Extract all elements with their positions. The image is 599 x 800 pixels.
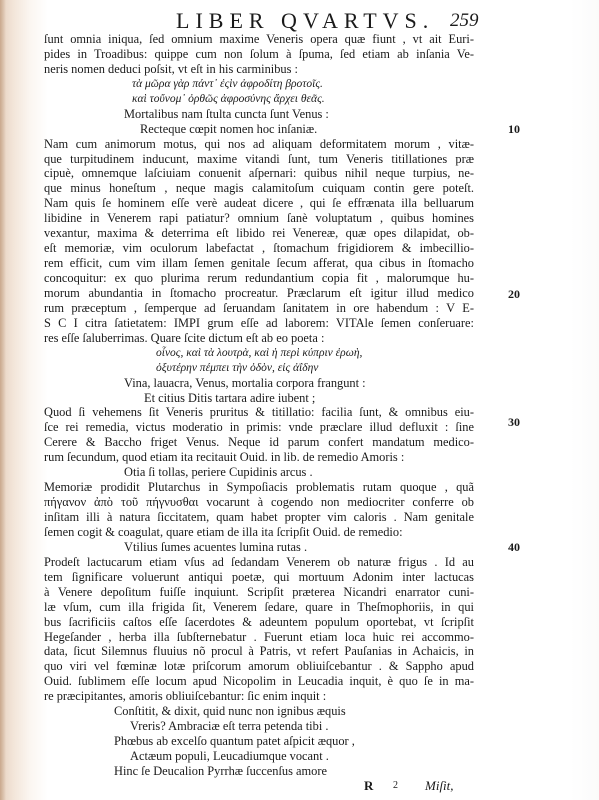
- verse-line: Conſtitit, & dixit, quid nunc non ignibu…: [44, 704, 474, 719]
- prose-line: concoquitur: ex quo plurima rerum redund…: [44, 271, 474, 286]
- verse-line: Recteque cœpit nomen hoc inſaniæ.: [44, 122, 474, 137]
- verse-line: Vtilius ſumes acuentes lumina rutas .: [44, 540, 474, 555]
- prose-line: Nam quis ſe hominem eſſe verè audeat dic…: [44, 196, 474, 211]
- prose-line: rem efficit, cum vim illam ſemen genital…: [44, 256, 474, 271]
- margin-line-number: 10: [508, 122, 520, 137]
- prose-line: πήγανον ἀπὸ τοῦ πήγνυσθαι vocarunt à cog…: [44, 495, 474, 510]
- prose-line: ſemen cogit & coagulat, quare etiam de i…: [44, 525, 474, 540]
- verse-line: Phœbus ab excelſo quantum patet aſpicit …: [44, 734, 474, 749]
- verse-line: Mortalibus nam ſtulta cuncta ſunt Venus …: [44, 107, 474, 122]
- prose-line: bus ſacrificiis caſtos eſſe ſacerdotes &…: [44, 615, 474, 630]
- prose-line: que minus honeſtum , neque magis calamit…: [44, 181, 474, 196]
- prose-line: Nam cum animorum motus, qui nos ad aliqu…: [44, 137, 474, 152]
- prose-line: Memoriæ prodidit Plutarchus in Sympoſiac…: [44, 480, 474, 495]
- greek-verse-line: τὰ μῶρα γὰρ πάντ᾽ ἐςὶν ἀφροδίτη βροτοῖς.: [44, 77, 474, 92]
- prose-line: vexantur, maxima & deterrima eſt libido …: [44, 226, 474, 241]
- main-text-block: ſunt omnia iniqua, ſed omnium maxime Ven…: [44, 32, 474, 779]
- prose-line: tem ſignificare voluerunt antiqui poetæ,…: [44, 570, 474, 585]
- prose-line: neris nomen deduci poſsit, vt eſt in his…: [44, 62, 474, 77]
- margin-line-number: 20: [508, 287, 520, 302]
- footer-catchline: R 2 Miſit,: [0, 778, 599, 794]
- page-number: 259: [450, 10, 479, 32]
- prose-line: ſunt omnia iniqua, ſed omnium maxime Ven…: [44, 32, 474, 47]
- verse-line: Hinc ſe Deucalion Pyrrhæ ſuccenſus amore: [44, 764, 474, 779]
- prose-line: pides in Troadibus: quippe cum non ſolum…: [44, 47, 474, 62]
- greek-verse-line: ὀξυτέρην πέμπει τὴν ὁδὸν, εἰς ἀΐδην: [44, 361, 474, 376]
- margin-line-number: 40: [508, 540, 520, 555]
- greek-verse-line: οἶνος, καὶ τὰ λουτρὰ, καὶ ἡ περὶ κύπριν …: [44, 346, 474, 361]
- prose-line: libidine in Venerem rapi patiatur? omniu…: [44, 211, 474, 226]
- prose-line: S C I citra ſatietatem: IMPI grum eſſe a…: [44, 316, 474, 331]
- prose-line: rum præceptum , ſemperque ad ſeruandam ſ…: [44, 301, 474, 316]
- prose-line: re præcipitantes, amoris obliuiſcebantur…: [44, 689, 474, 704]
- prose-line: quo viri vel fœminæ lotæ priſcorum amoru…: [44, 659, 474, 674]
- verse-line: Actæum populi, Leucadiumque vocant .: [44, 749, 474, 764]
- prose-line: Prodeſt lactucarum etiam vſus ad ſedanda…: [44, 555, 474, 570]
- greek-verse-line: καὶ τοὔνομ᾽ ὀρθῶς ἀφροσύνης ἄρχει θεᾶς.: [44, 92, 474, 107]
- margin-line-number: 30: [508, 415, 520, 430]
- prose-line: ſce rei remedia, victus moderatio in pri…: [44, 420, 474, 435]
- verse-line: Vreris? Ambraciæ eſt terra petenda tibi …: [44, 719, 474, 734]
- verse-line: Et citius Ditis tartara adire iubent ;: [44, 391, 474, 406]
- prose-line: Cerere & Baccho friget Venus. Neque id p…: [44, 435, 474, 450]
- running-head: LIBER QVARTVS. 259: [146, 8, 476, 34]
- verse-line: Vina, lauacra, Venus, mortalia corpora f…: [44, 376, 474, 391]
- prose-line: Ouid. ſublimem eſſe locum apud Nicopolim…: [44, 674, 474, 689]
- prose-line: Quod ſi vehemens ſit Veneris pruritus & …: [44, 405, 474, 420]
- prose-line: res eſſe ſaluberrimas. Quare ſcite dictu…: [44, 331, 474, 346]
- signature-mark: R: [364, 778, 373, 794]
- prose-line: à Venere depoſitum fuiſſe inquiunt. Scri…: [44, 585, 474, 600]
- prose-line: Hegeſander , herba illa ſubſternebatur .…: [44, 630, 474, 645]
- signature-number: 2: [393, 780, 398, 791]
- prose-line: que turpitudinem inducunt, maxime vitand…: [44, 152, 474, 167]
- prose-line: morum abundantia in ſtomacho procreatur.…: [44, 286, 474, 301]
- prose-line: læ vſum, cum illa frigida ſit, Venerem ſ…: [44, 600, 474, 615]
- prose-line: eſt memoriæ, vim oculorum labefactat , ſ…: [44, 241, 474, 256]
- verse-line: Otia ſi tollas, periere Cupidinis arcus …: [44, 465, 474, 480]
- page-gutter-shadow: [0, 0, 6, 800]
- prose-line: rum ſecundum, quod etiam ita recitauit O…: [44, 450, 474, 465]
- prose-line: inſitam illi à natura ſiccitatem, quam h…: [44, 510, 474, 525]
- running-title: LIBER QVARTVS.: [176, 8, 434, 34]
- catchword: Miſit,: [425, 778, 454, 794]
- prose-line: cipuè, omnemque laſciuiam conuenit aſper…: [44, 166, 474, 181]
- book-page: LIBER QVARTVS. 259 ſunt omnia iniqua, ſe…: [0, 0, 599, 800]
- prose-line: data, ſicut Silemnus fluuius nõ procul à…: [44, 644, 474, 659]
